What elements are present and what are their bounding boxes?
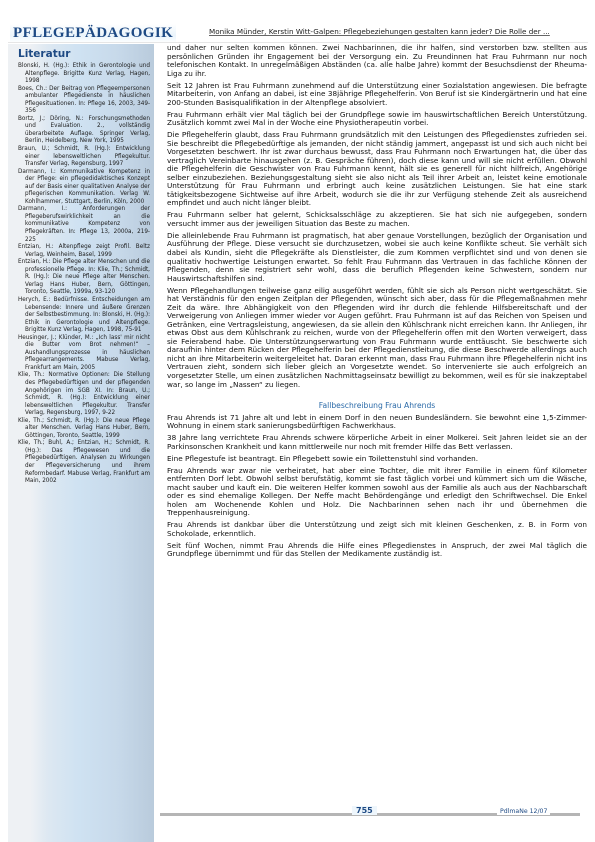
body-paragraph: Die Pflegehelferin glaubt, dass Frau Fuh… <box>167 131 587 208</box>
body-paragraph: Seit fünf Wochen, nimmt Frau Ahrends die… <box>167 542 587 559</box>
body-paragraph: Eine Pflegestufe ist beantragt. Ein Pfle… <box>167 455 587 464</box>
body-paragraph: Wenn Pflegehandlungen teilweise ganz eil… <box>167 287 587 390</box>
body-paragraph: Frau Ahrends ist 71 Jahre alt und lebt i… <box>167 414 587 431</box>
running-header-title: Monika Münder, Kerstin Witt-Galpen: Pfle… <box>209 27 589 36</box>
reference-item: Herych, E.: Bedürfnisse. Entscheidungen … <box>18 297 150 335</box>
reference-item: Braun, U.; Schmidt, R. (Hg.): Entwicklun… <box>18 146 150 169</box>
body-paragraph: und daher nur selten kommen können. Zwei… <box>167 44 587 78</box>
body-paragraph: 38 Jahre lang verrichtete Frau Ahrends s… <box>167 434 587 451</box>
reference-item: Heusinger, J.; Klünder, M.: „Ich lass' m… <box>18 335 150 373</box>
reference-item: Entzian, H.: Altenpflege zeigt Profil. B… <box>18 244 150 259</box>
journal-issue: PdlmaNe 12/07 <box>497 808 550 815</box>
reference-item: Darmann, I.: Kommunikative Kompetenz in … <box>18 169 150 207</box>
references-list: Literatur Blonski, H. (Hg.): Ethik in Ge… <box>18 48 150 486</box>
references-heading: Literatur <box>18 48 150 60</box>
body-paragraph: Frau Fuhrmann erhält vier Mal täglich be… <box>167 111 587 128</box>
body-paragraph: Frau Fuhrmann selber hat gelernt, Schick… <box>167 211 587 228</box>
body-paragraph: Seit 12 Jahren ist Frau Fuhrmann zunehme… <box>167 82 587 108</box>
references-sidebar: Literatur Blonski, H. (Hg.): Ethik in Ge… <box>8 44 154 842</box>
reference-item: Klie, Th.; Buhl, A.; Entzian, H.; Schmid… <box>18 440 150 485</box>
reference-item: Klie, Th.: Normative Optionen: Die Stell… <box>18 372 150 417</box>
journal-logo: PFLEGEPÄDAGOGIK <box>10 24 176 43</box>
reference-item: Boes, Ch.: Der Beitrag von Pflegeemperso… <box>18 86 150 116</box>
case-section-heading: Fallbeschreibung Frau Ahrends <box>167 402 587 411</box>
article-body: und daher nur selten kommen können. Zwei… <box>167 44 587 562</box>
body-paragraph: Frau Ahrends war zwar nie verheiratet, h… <box>167 467 587 518</box>
reference-item: Darmann, I.: Anforderungen der Pflegeber… <box>18 206 150 244</box>
reference-item: Bortz, J.; Döring, N.: Forschungsmethode… <box>18 116 150 146</box>
body-paragraph: Die alleinlebende Frau Fuhrmann ist prag… <box>167 232 587 283</box>
body-paragraph: Frau Ahrends ist dankbar über die Unters… <box>167 521 587 538</box>
page-number: 755 <box>352 806 377 815</box>
reference-item: Entzian, H.: Die Pflege alter Menschen u… <box>18 259 150 297</box>
reference-item: Klie, Th.; Schmidt, R. (Hg.): Die neue P… <box>18 418 150 441</box>
reference-item: Blonski, H. (Hg.): Ethik in Gerontologie… <box>18 63 150 86</box>
